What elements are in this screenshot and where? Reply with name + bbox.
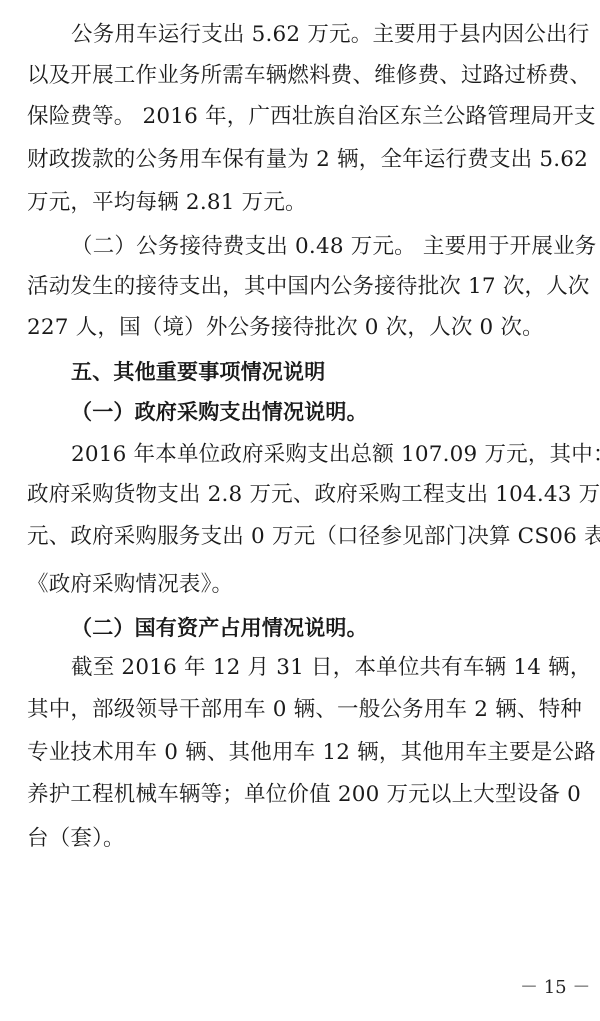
text-line: 227 人，国（境）外公务接待批次 0 次，人次 0 次。 [27,313,579,343]
text-line: 截至 2016 年 12 月 31 日，本单位共有车辆 14 辆， [71,653,579,683]
text-line: 《政府采购情况表》。 [27,570,579,600]
text-line: 元、政府采购服务支出 0 万元（口径参见部门决算 CS06 表 [27,522,579,552]
text-line: 以及开展工作业务所需车辆燃料费、维修费、过路过桥费、 [27,61,579,91]
text-line: 万元，平均每辆 2.81 万元。 [27,188,579,218]
text-line: 公务用车运行支出 5.62 万元。主要用于县内因公出行 [71,20,579,50]
text-line: 2016 年本单位政府采购支出总额 107.09 万元，其中： [71,440,579,470]
document-page: 公务用车运行支出 5.62 万元。主要用于县内因公出行 以及开展工作业务所需车辆… [0,0,600,1021]
text-line: 其中，部级领导干部用车 0 辆、一般公务用车 2 辆、特种 [27,695,579,725]
text-line: 保险费等。 2016 年，广西壮族自治区东兰公路管理局开支 [27,102,579,132]
text-line: 台（套）。 [27,824,579,854]
section-heading: 五、其他重要事项情况说明 [71,357,579,387]
text-line: 政府采购货物支出 2.8 万元、政府采购工程支出 104.43 万 [27,480,579,510]
text-line: （二）公务接待费支出 0.48 万元。 主要用于开展业务 [71,232,579,262]
text-line: 专业技术用车 0 辆、其他用车 12 辆，其他用车主要是公路 [27,738,579,768]
page-number: － 15 － [520,975,590,1001]
text-line: 财政拨款的公务用车保有量为 2 辆，全年运行费支出 5.62 [27,145,579,175]
text-line: 活动发生的接待支出，其中国内公务接待批次 17 次，人次 [27,272,579,302]
subsection-heading: （二）国有资产占用情况说明。 [71,613,579,643]
subsection-heading: （一）政府采购支出情况说明。 [71,397,579,427]
text-line: 养护工程机械车辆等；单位价值 200 万元以上大型设备 0 [27,780,579,810]
